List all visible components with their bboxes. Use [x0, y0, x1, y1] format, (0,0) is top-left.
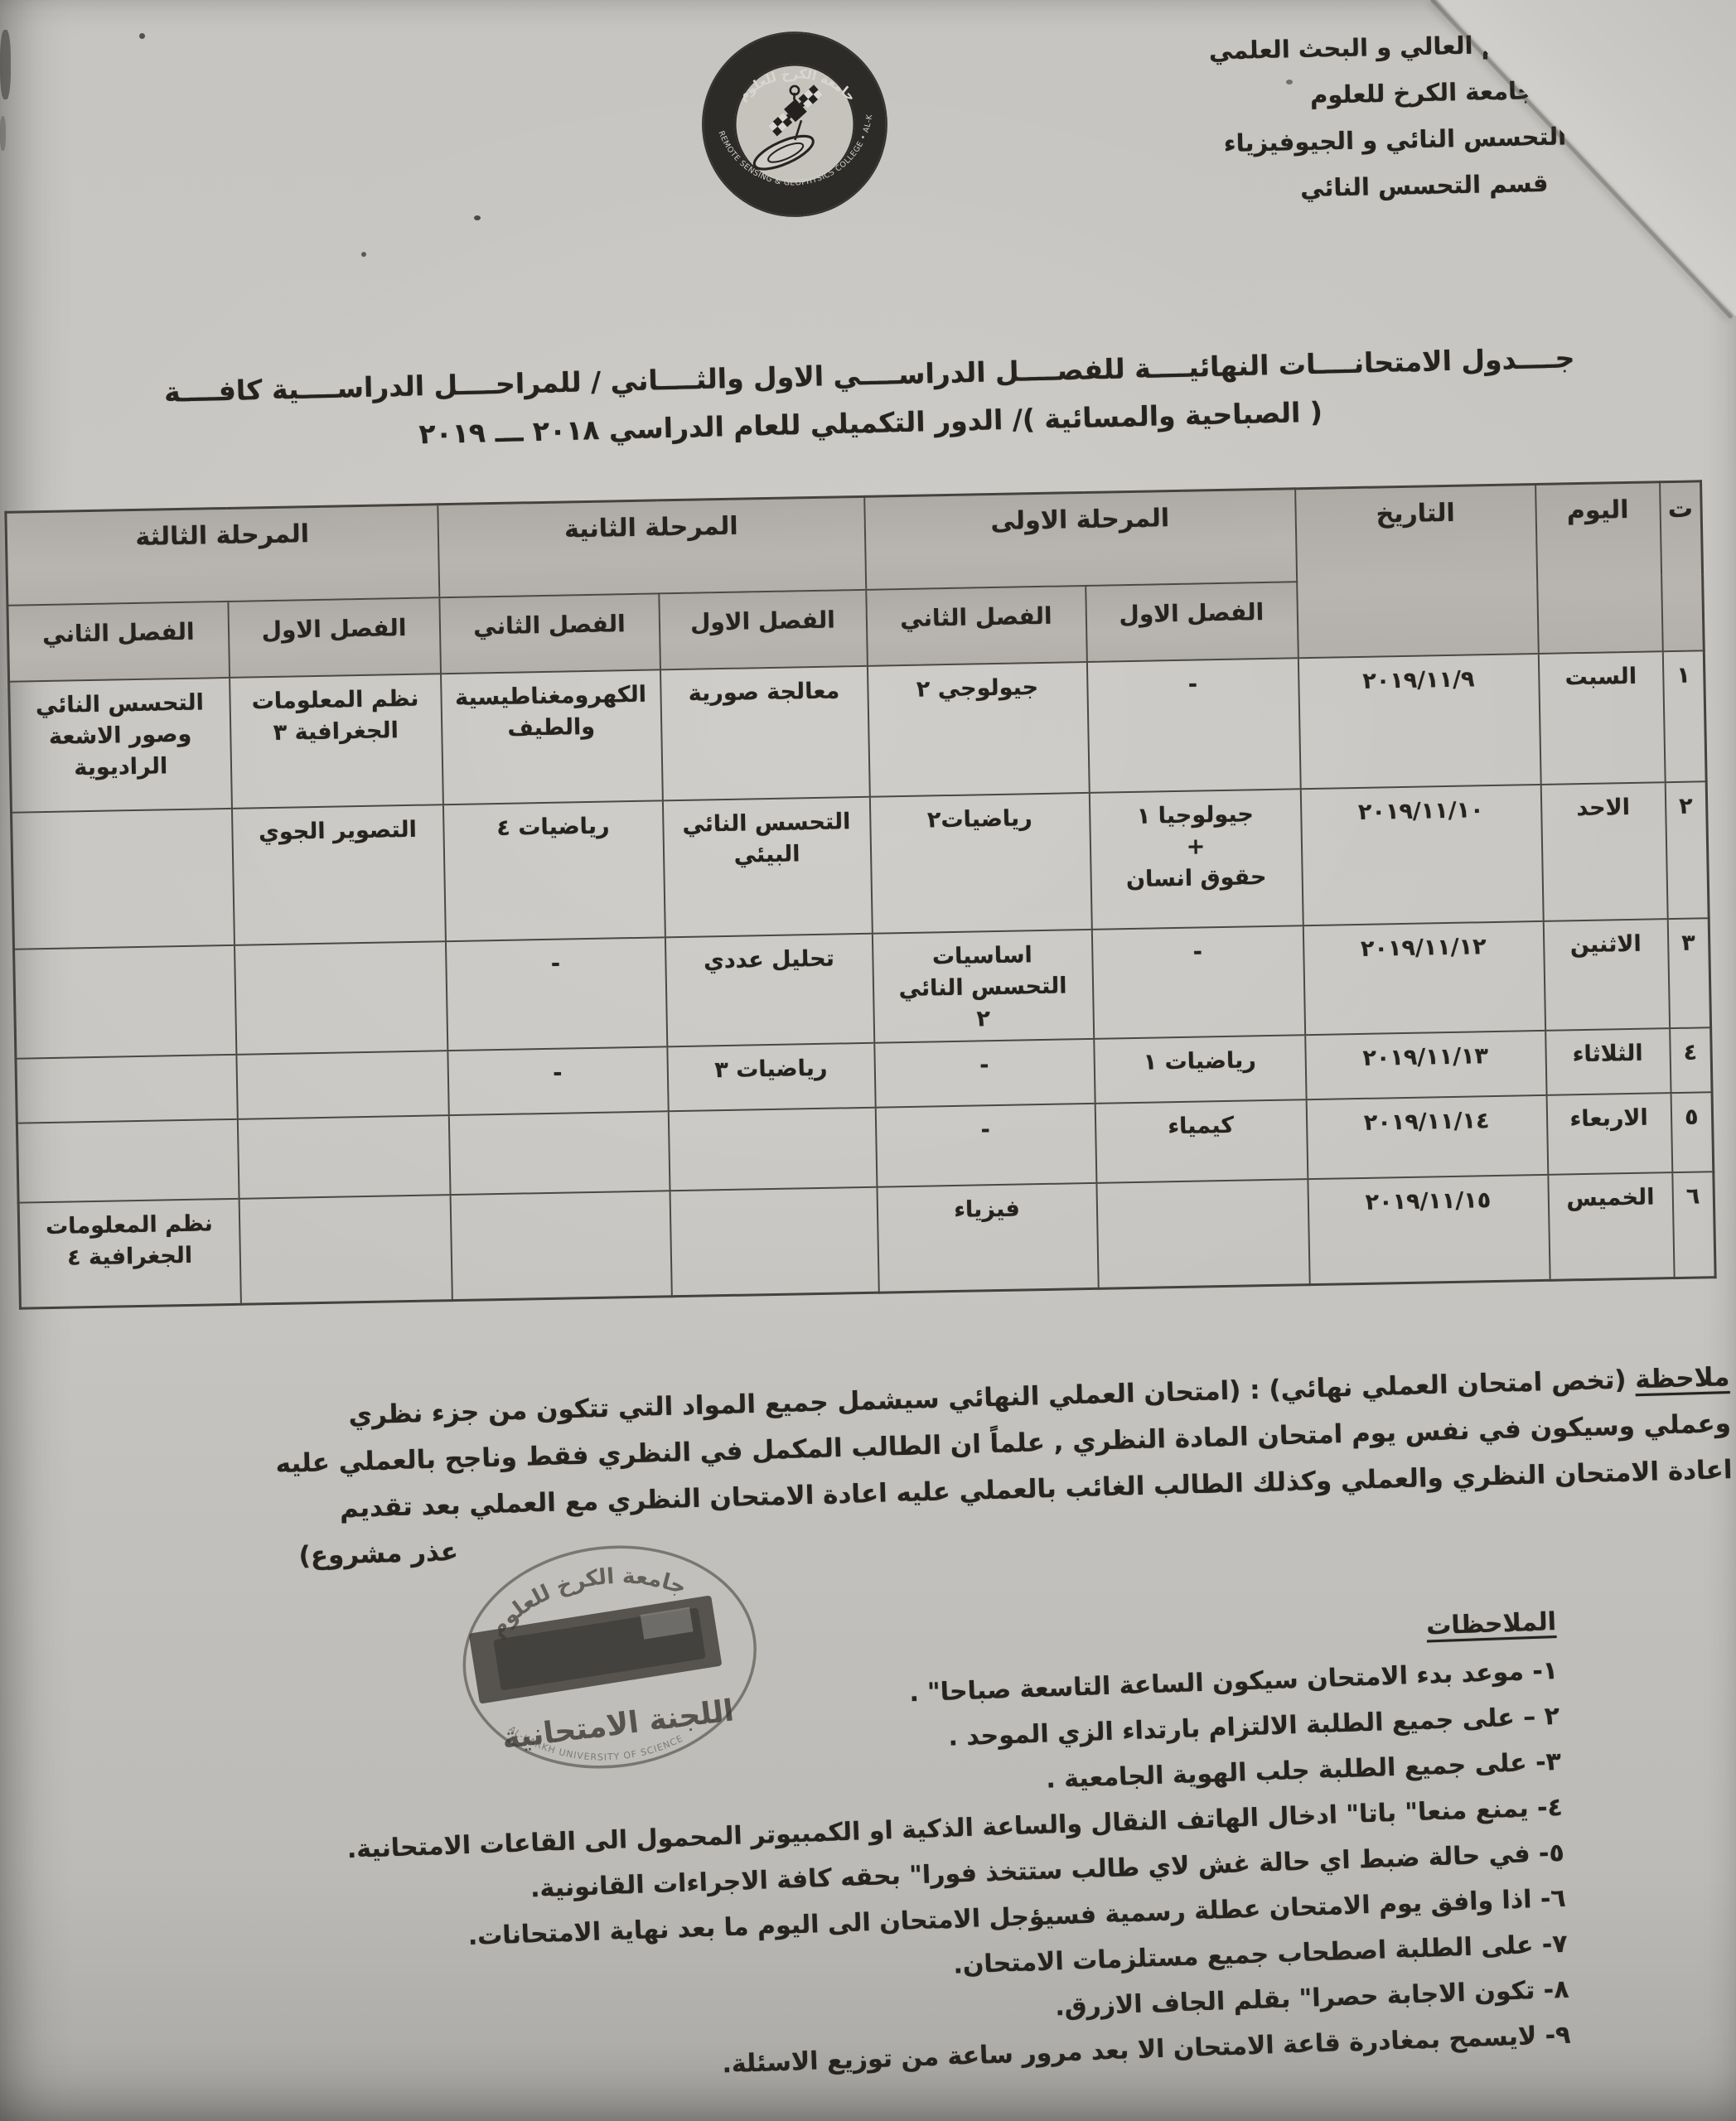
exam-cell	[17, 1118, 239, 1202]
exam-cell	[236, 1051, 448, 1119]
exam-cell	[239, 1195, 452, 1305]
day-cell: الخميس	[1548, 1172, 1674, 1281]
paper-speck	[139, 33, 145, 39]
exam-cell: -	[874, 1038, 1095, 1107]
paper-speck	[1286, 80, 1293, 85]
edge-smudge	[0, 116, 6, 151]
seq-cell: ١	[1662, 650, 1706, 782]
exam-cell: فيزياء	[877, 1182, 1098, 1292]
exam-cell: كيمياء	[1095, 1099, 1308, 1183]
paper-speck	[361, 252, 366, 257]
exam-cell: -	[1086, 658, 1300, 793]
exam-cell: التحسس النائي وصور الاشعة الراديوية	[9, 677, 232, 812]
stage1-sem2-header: الفصل الثاني	[866, 585, 1087, 665]
stage2-sem1-header: الفصل الاول	[659, 589, 868, 669]
stage2-sem2-header: الفصل الثاني	[439, 593, 660, 674]
stage3-sem1-header: الفصل الاول	[228, 597, 441, 678]
date-cell: ٢٠١٩/١١/١٣	[1305, 1030, 1546, 1099]
date-cell: ٢٠١٩/١١/٩	[1298, 653, 1540, 788]
exam-cell: تحليل عددي	[665, 933, 873, 1046]
date-cell: ٢٠١٩/١١/١٢	[1303, 920, 1545, 1034]
seq-cell: ٢	[1665, 781, 1709, 919]
date-cell: ٢٠١٩/١١/١٠	[1300, 784, 1543, 925]
exam-cell: -	[875, 1103, 1096, 1186]
seq-cell: ٤	[1670, 1027, 1712, 1093]
exam-cell: التحسس النائي البيئي	[662, 796, 872, 937]
exam-cell	[668, 1107, 877, 1191]
seq-cell: ٣	[1667, 918, 1710, 1028]
exam-cell	[14, 945, 236, 1058]
exam-cell: رياضيات ٣	[667, 1042, 875, 1111]
practical-exam-note: ملاحظة (تخص امتحان العملي نهائي) : (امتح…	[188, 1354, 1734, 1582]
stage3-sem2-header: الفصل الثاني	[7, 601, 230, 681]
seq-cell: ٥	[1671, 1092, 1714, 1172]
exam-cell: الكهرومغناطيسية والطيف	[441, 669, 663, 804]
exam-cell: اساسيات التحسس النائي ٢	[872, 929, 1093, 1042]
edge-smudge	[0, 30, 11, 99]
col-header-date: التاريخ	[1295, 484, 1539, 657]
exam-cell: رياضيات ١	[1094, 1035, 1306, 1104]
day-cell: الاحد	[1540, 782, 1667, 921]
notes-section: الملاحظات ١- موعد بدء الامتحان سيكون الس…	[114, 1599, 1571, 2108]
exam-cell: نظم المعلومات الجغرافية ٤	[18, 1198, 240, 1308]
exam-cell	[1096, 1179, 1309, 1289]
exam-cell	[670, 1186, 878, 1297]
exam-cell	[448, 1111, 670, 1195]
note-label: ملاحظة	[1635, 1362, 1730, 1394]
college-seal-icon: جامعة الكرخ للعلوم REMOTE SENSING & GEOP…	[694, 23, 895, 225]
stage1-sem1-header: الفصل الاول	[1086, 582, 1298, 662]
paper-speck	[474, 215, 481, 220]
document-title: جــــدول الامتحانــــات النهائيــــة للف…	[70, 331, 1671, 466]
exam-cell: معالجة صورية	[660, 665, 869, 800]
exam-cell: جيولوجي ٢	[867, 661, 1089, 796]
date-cell: ٢٠١٩/١١/١٤	[1306, 1094, 1548, 1178]
notes-heading: الملاحظات	[1425, 1599, 1557, 1649]
exam-cell: -	[1091, 925, 1304, 1039]
stage-3-header: المرحلة الثالثة	[6, 505, 439, 606]
exam-cell	[237, 1115, 450, 1199]
exam-cell	[16, 1054, 237, 1123]
stage-2-header: المرحلة الثانية	[438, 496, 866, 597]
exam-cell: رياضيات ٤	[442, 800, 665, 941]
day-cell: الثلاثاء	[1545, 1028, 1671, 1095]
exam-cell: جيولوجيا ١ + حقوق انسان	[1089, 789, 1303, 930]
stage-1-header: المرحلة الاولى	[864, 489, 1297, 590]
exam-schedule-table: ت اليوم التاريخ المرحلة الاولى المرحلة ا…	[4, 480, 1716, 1309]
date-cell: ٢٠١٩/١١/١٥	[1308, 1174, 1550, 1284]
exam-cell: -	[447, 1046, 668, 1115]
exam-cell	[12, 808, 235, 949]
exam-cell: نظم المعلومات الجغرافية ٣	[230, 674, 443, 809]
day-cell: السبت	[1538, 651, 1665, 785]
col-header-day: اليوم	[1535, 482, 1663, 654]
col-header-seq: ت	[1660, 481, 1705, 651]
committee-stamp: جامعة الكرخ للعلوم اللجنة الامتحانية AL-…	[433, 1512, 787, 1805]
day-cell: الاثنين	[1543, 919, 1669, 1031]
exam-cell	[234, 941, 447, 1055]
exam-cell: رياضيات٢	[869, 792, 1091, 933]
exam-cell: -	[445, 937, 666, 1051]
day-cell: الاربعاء	[1546, 1093, 1672, 1175]
scanned-document-page: وزارة التعليم العالي و البحث العلمي جامع…	[0, 0, 1736, 2121]
seq-cell: ٦	[1672, 1172, 1715, 1278]
exam-cell: التصوير الجوي	[231, 804, 445, 945]
exam-cell	[450, 1191, 671, 1301]
